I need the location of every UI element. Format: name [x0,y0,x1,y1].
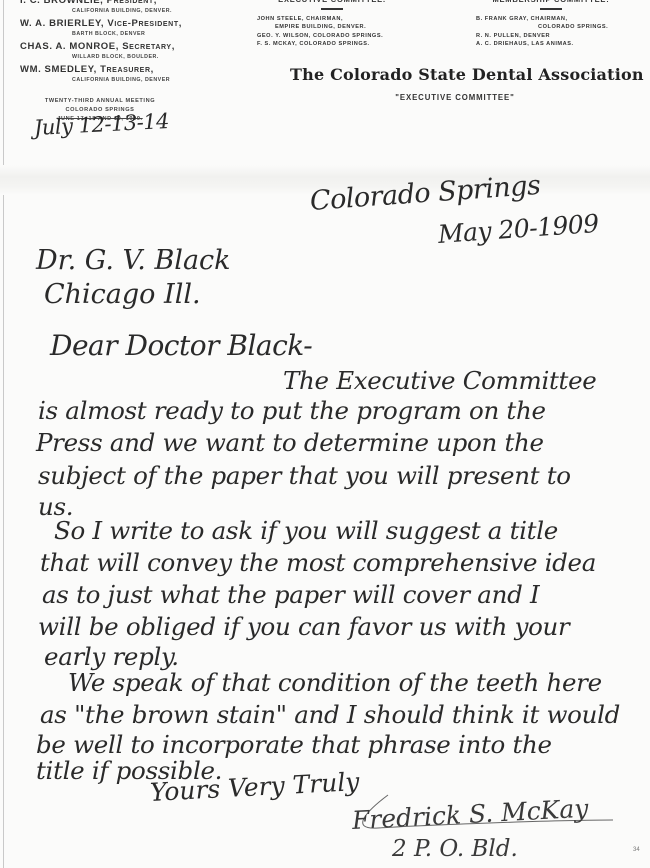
officer-role: Vice-President, [107,18,182,29]
officer-treasurer: WM. SMEDLEY, Treasurer, CALIFORNIA BUILD… [20,63,220,84]
association-name: The Colorado State Dental Association [290,65,620,84]
place-and-date: Colorado Springs May 20-1909 [310,186,541,217]
body-line: is almost ready to put the program on th… [38,396,546,426]
officer-role: Secretary, [122,41,175,52]
letter-date: May 20-1909 [437,209,600,249]
body-line: We speak of that condition of the teeth … [68,668,602,698]
paper-edge [3,0,4,868]
officer-vice-president: W. A. BRIERLEY, Vice-President, BARTH BL… [20,17,220,38]
body-line: The Executive Committee [283,366,597,396]
officer-name: I. C. BROWNLIE, [20,0,103,6]
body-line: will be obliged if you can favor us with… [38,612,569,642]
committee-member: A. C. DRIEHAUS, LAS ANIMAS. [476,40,626,49]
salutation: Dear Doctor Black- [50,329,312,362]
officer-name: WM. SMEDLEY, [20,64,97,75]
meeting-title: TWENTY-THIRD ANNUAL MEETING [20,97,180,106]
officer-address: CALIFORNIA BUILDING, DENVER [20,76,220,84]
recipient-name: Dr. G. V. Black [36,244,231,278]
body-line: as "the brown stain" and I should think … [40,700,620,730]
page-number: 34 [633,847,640,853]
officer-name: W. A. BRIERLEY, [20,18,104,29]
officers-list: I. C. BROWNLIE, President, CALIFORNIA BU… [20,0,220,86]
officer-address: CALIFORNIA BUILDING, DENVER. [20,7,220,15]
officer-address: WILLARD BLOCK, BOULDER. [20,53,220,61]
officer-president: I. C. BROWNLIE, President, CALIFORNIA BU… [20,0,220,15]
executive-committee: EXECUTIVE COMMITTEE. JOHN STEELE, CHAIRM… [257,0,407,49]
officer-role: President, [107,0,157,6]
committee-member: GEO. Y. WILSON, COLORADO SPRINGS. [257,32,407,41]
association-subtitle: "EXECUTIVE COMMITTEE" [290,93,620,102]
committee-title: MEMBERSHIP COMMITTEE: [476,0,626,5]
officer-name: CHAS. A. MONROE, [20,41,119,52]
body-line: that will convey the most comprehensive … [40,548,596,578]
committee-title: EXECUTIVE COMMITTEE. [257,0,407,5]
committee-member: B. FRANK GRAY, CHAIRMAN, COLORADO SPRING… [476,15,626,32]
recipient-block: Dr. G. V. Black Chicago Ill. [36,244,231,312]
officer-address: BARTH BLOCK, DENVER [20,30,220,38]
divider [540,8,562,10]
membership-committee: MEMBERSHIP COMMITTEE: B. FRANK GRAY, CHA… [476,0,626,49]
body-line: subject of the paper that you will prese… [38,461,571,491]
officer-role: Treasurer, [100,64,154,75]
committee-member: JOHN STEELE, CHAIRMAN, EMPIRE BUILDING, … [257,15,407,32]
committee-member: F. S. MCKAY, COLORADO SPRINGS. [257,40,407,49]
committee-member: R. N. PULLEN, DENVER [476,32,626,41]
body-line: Press and we want to determine upon the [36,428,544,458]
body-line: So I write to ask if you will suggest a … [54,516,558,546]
officer-secretary: CHAS. A. MONROE, Secretary, WILLARD BLOC… [20,40,220,61]
body-line: as to just what the paper will cover and… [42,580,539,610]
address-note: 2 P. O. Bld. [392,836,518,862]
recipient-city: Chicago Ill. [36,278,231,312]
divider [321,8,343,10]
